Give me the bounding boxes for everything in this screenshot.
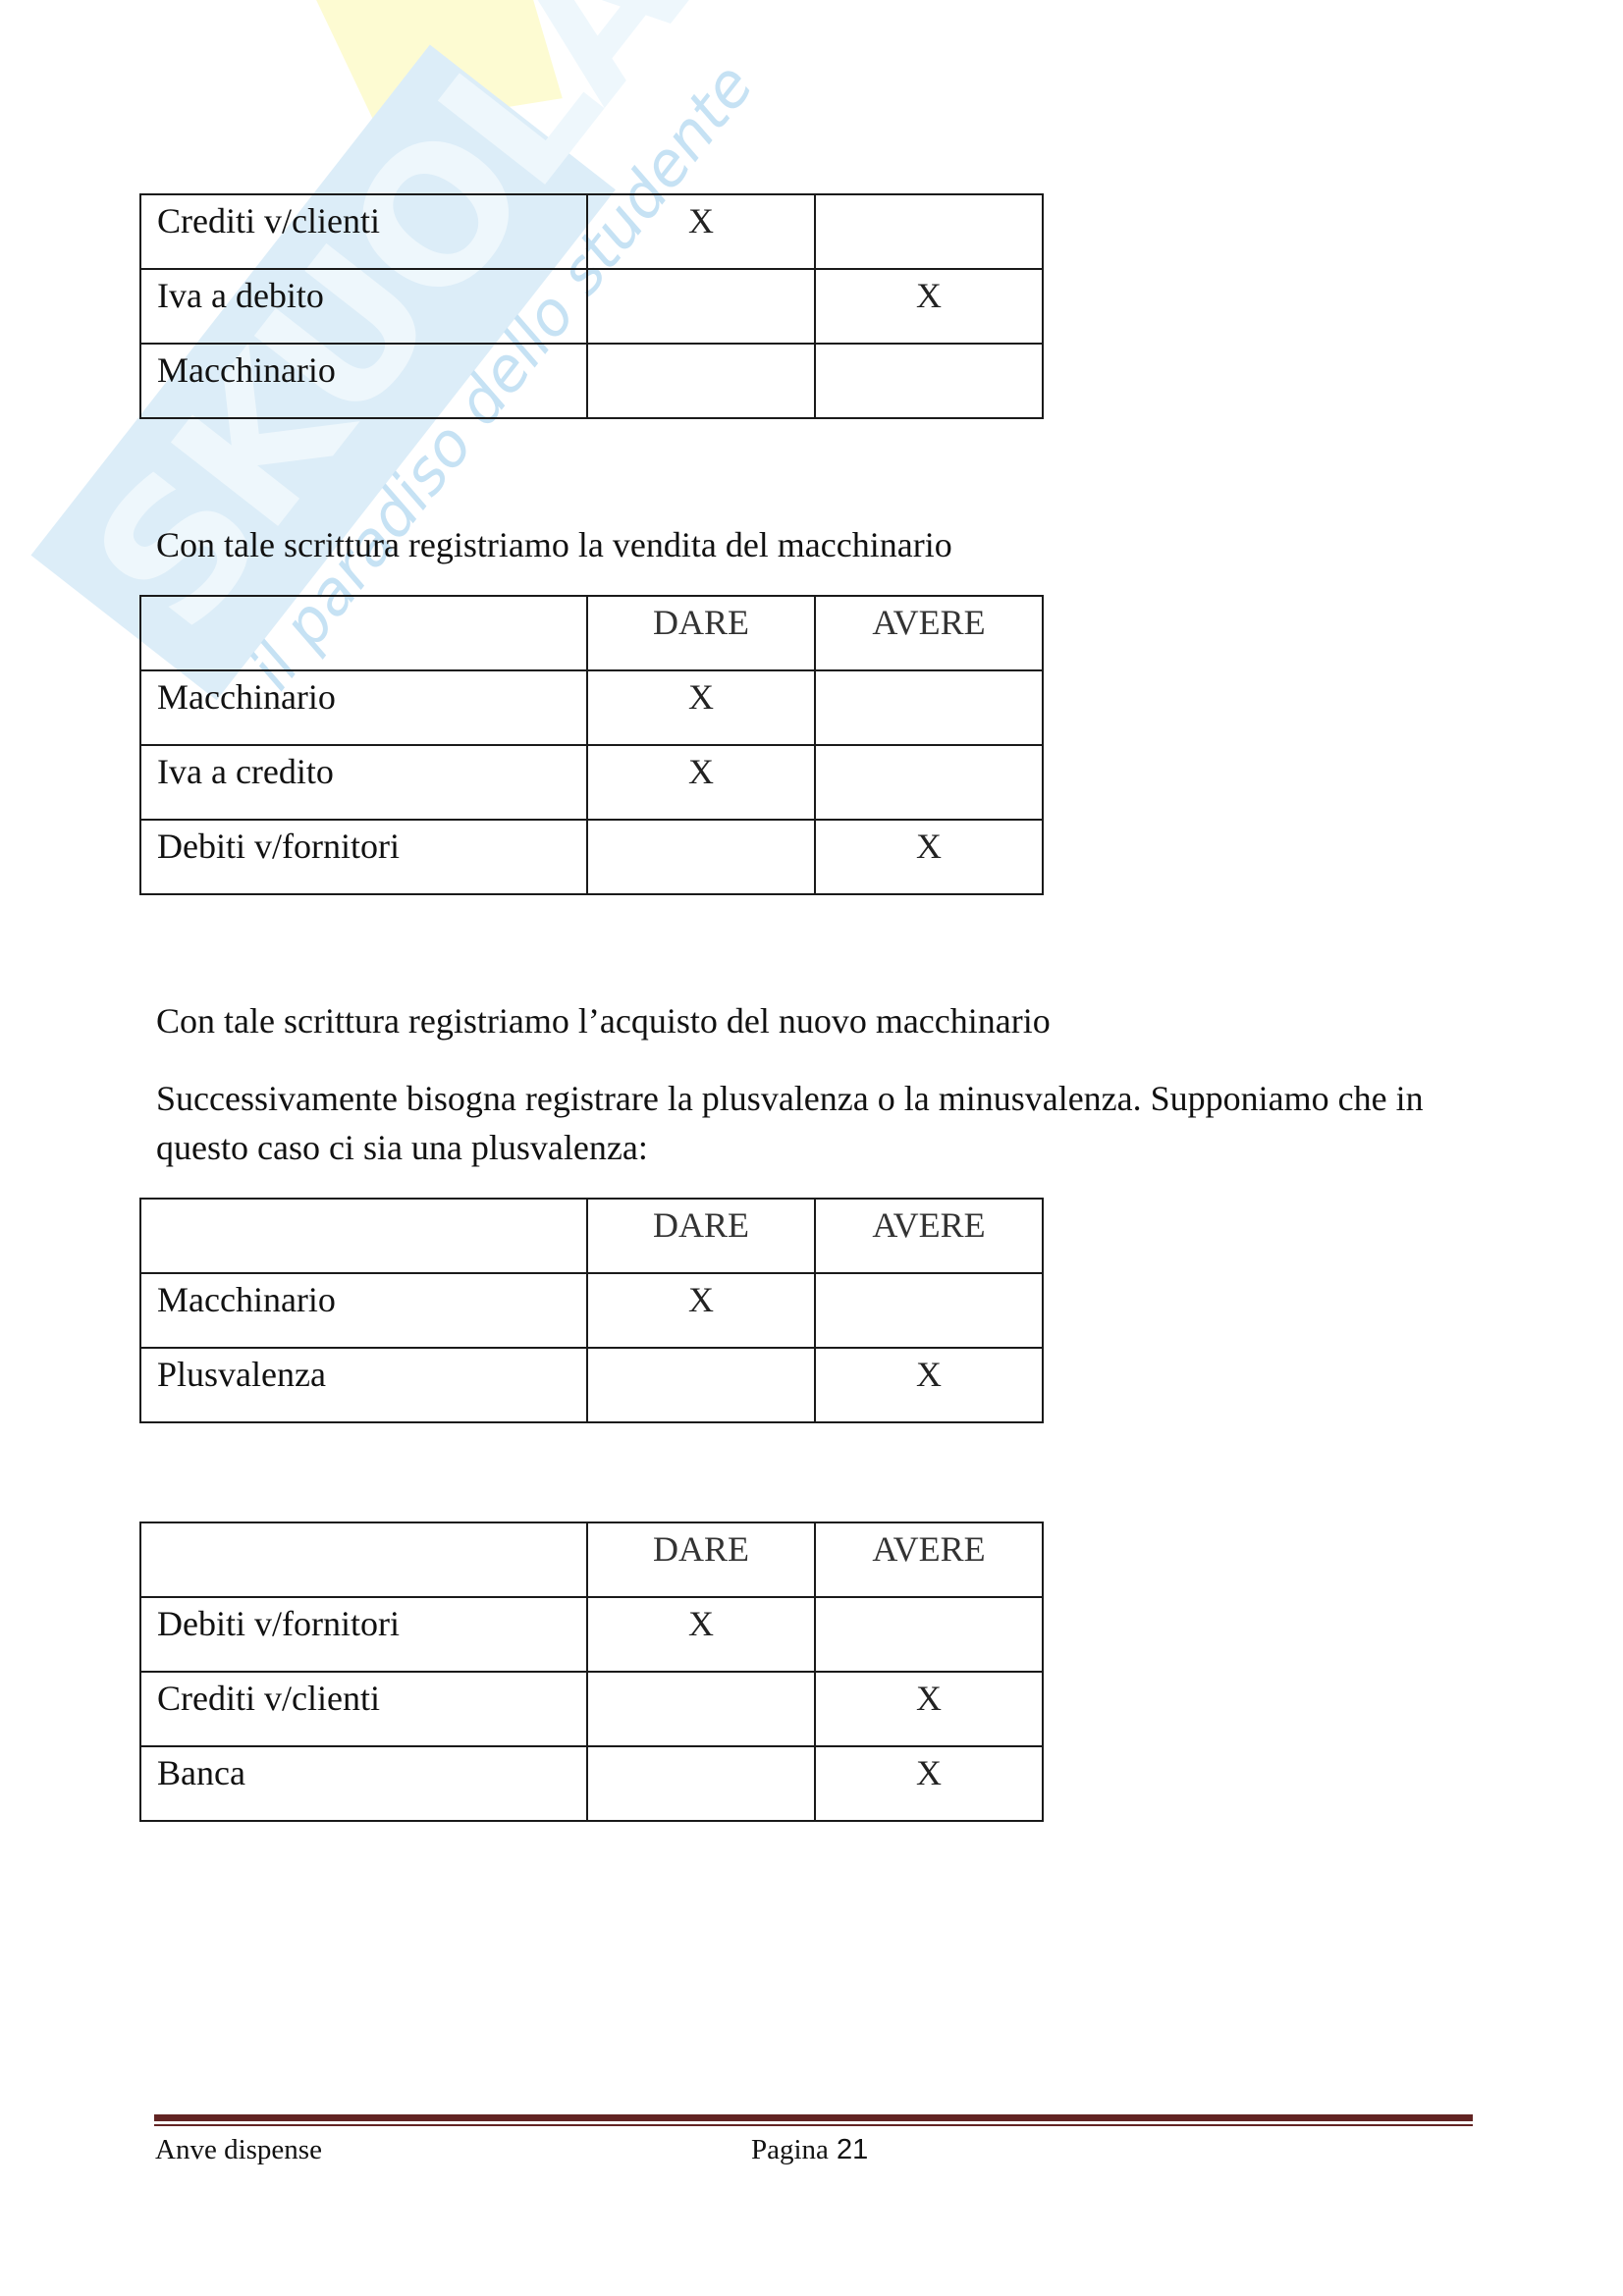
dare-cell — [587, 1348, 815, 1422]
table-row: Debiti v/fornitori X — [140, 1597, 1043, 1672]
account-cell: Plusvalenza — [140, 1348, 587, 1422]
header-account-cell — [140, 596, 587, 670]
dare-cell: X — [587, 1597, 815, 1672]
header-dare: DARE — [587, 1199, 815, 1273]
journal-entry-table-3: DARE AVERE Macchinario X Plusvalenza X — [139, 1198, 1044, 1423]
header-dare: DARE — [587, 1522, 815, 1597]
avere-cell: X — [815, 269, 1043, 344]
avere-cell: X — [815, 1672, 1043, 1746]
table-row: Crediti v/clienti X — [140, 1672, 1043, 1746]
table-row: Iva a debito X — [140, 269, 1043, 344]
table-row: Macchinario X — [140, 1273, 1043, 1348]
avere-cell: X — [815, 1746, 1043, 1821]
table-header-row: DARE AVERE — [140, 1199, 1043, 1273]
table-header-row: DARE AVERE — [140, 1522, 1043, 1597]
paragraph-purchase: Con tale scrittura registriamo l’acquist… — [156, 996, 1472, 1045]
account-cell: Crediti v/clienti — [140, 194, 587, 269]
table-row: Banca X — [140, 1746, 1043, 1821]
avere-cell — [815, 1597, 1043, 1672]
account-cell: Debiti v/fornitori — [140, 820, 587, 894]
table-header-row: DARE AVERE — [140, 596, 1043, 670]
paragraph-plusvalenza: Successivamente bisogna registrare la pl… — [156, 1074, 1472, 1172]
account-cell: Macchinario — [140, 1273, 587, 1348]
account-cell: Crediti v/clienti — [140, 1672, 587, 1746]
header-account-cell — [140, 1199, 587, 1273]
header-avere: AVERE — [815, 596, 1043, 670]
table-row: Debiti v/fornitori X — [140, 820, 1043, 894]
avere-cell — [815, 670, 1043, 745]
page-label: Pagina — [751, 2134, 829, 2165]
table-row: Plusvalenza X — [140, 1348, 1043, 1422]
table-row: Iva a credito X — [140, 745, 1043, 820]
dare-cell — [587, 1672, 815, 1746]
journal-entry-table-2: DARE AVERE Macchinario X Iva a credito X… — [139, 595, 1044, 895]
header-dare: DARE — [587, 596, 815, 670]
dare-cell: X — [587, 194, 815, 269]
footer-rule-thick — [154, 2114, 1473, 2121]
account-cell: Iva a debito — [140, 269, 587, 344]
journal-entry-table-1: Crediti v/clienti X Iva a debito X Macch… — [139, 193, 1044, 419]
header-avere: AVERE — [815, 1199, 1043, 1273]
page-number: 21 — [837, 2134, 868, 2165]
dare-cell — [587, 344, 815, 418]
account-cell: Macchinario — [140, 670, 587, 745]
watermark-diamond — [269, 0, 623, 206]
table-row: Crediti v/clienti X — [140, 194, 1043, 269]
dare-cell — [587, 1746, 815, 1821]
account-cell: Debiti v/fornitori — [140, 1597, 587, 1672]
avere-cell: X — [815, 820, 1043, 894]
avere-cell: X — [815, 1348, 1043, 1422]
dare-cell: X — [587, 745, 815, 820]
account-cell: Macchinario — [140, 344, 587, 418]
paragraph-sale: Con tale scrittura registriamo la vendit… — [156, 520, 1472, 569]
dare-cell: X — [587, 670, 815, 745]
dare-cell: X — [587, 1273, 815, 1348]
avere-cell — [815, 344, 1043, 418]
footer-rule-thin — [154, 2124, 1473, 2126]
avere-cell — [815, 745, 1043, 820]
table-row: Macchinario X — [140, 670, 1043, 745]
avere-cell — [815, 194, 1043, 269]
dare-cell — [587, 269, 815, 344]
account-cell: Iva a credito — [140, 745, 587, 820]
table-row: Macchinario — [140, 344, 1043, 418]
dare-cell — [587, 820, 815, 894]
header-account-cell — [140, 1522, 587, 1597]
footer-page-number: Pagina 21 — [751, 2132, 868, 2167]
avere-cell — [815, 1273, 1043, 1348]
journal-entry-table-4: DARE AVERE Debiti v/fornitori X Crediti … — [139, 1522, 1044, 1822]
header-avere: AVERE — [815, 1522, 1043, 1597]
footer-document-title: Anve dispense — [155, 2132, 322, 2167]
account-cell: Banca — [140, 1746, 587, 1821]
